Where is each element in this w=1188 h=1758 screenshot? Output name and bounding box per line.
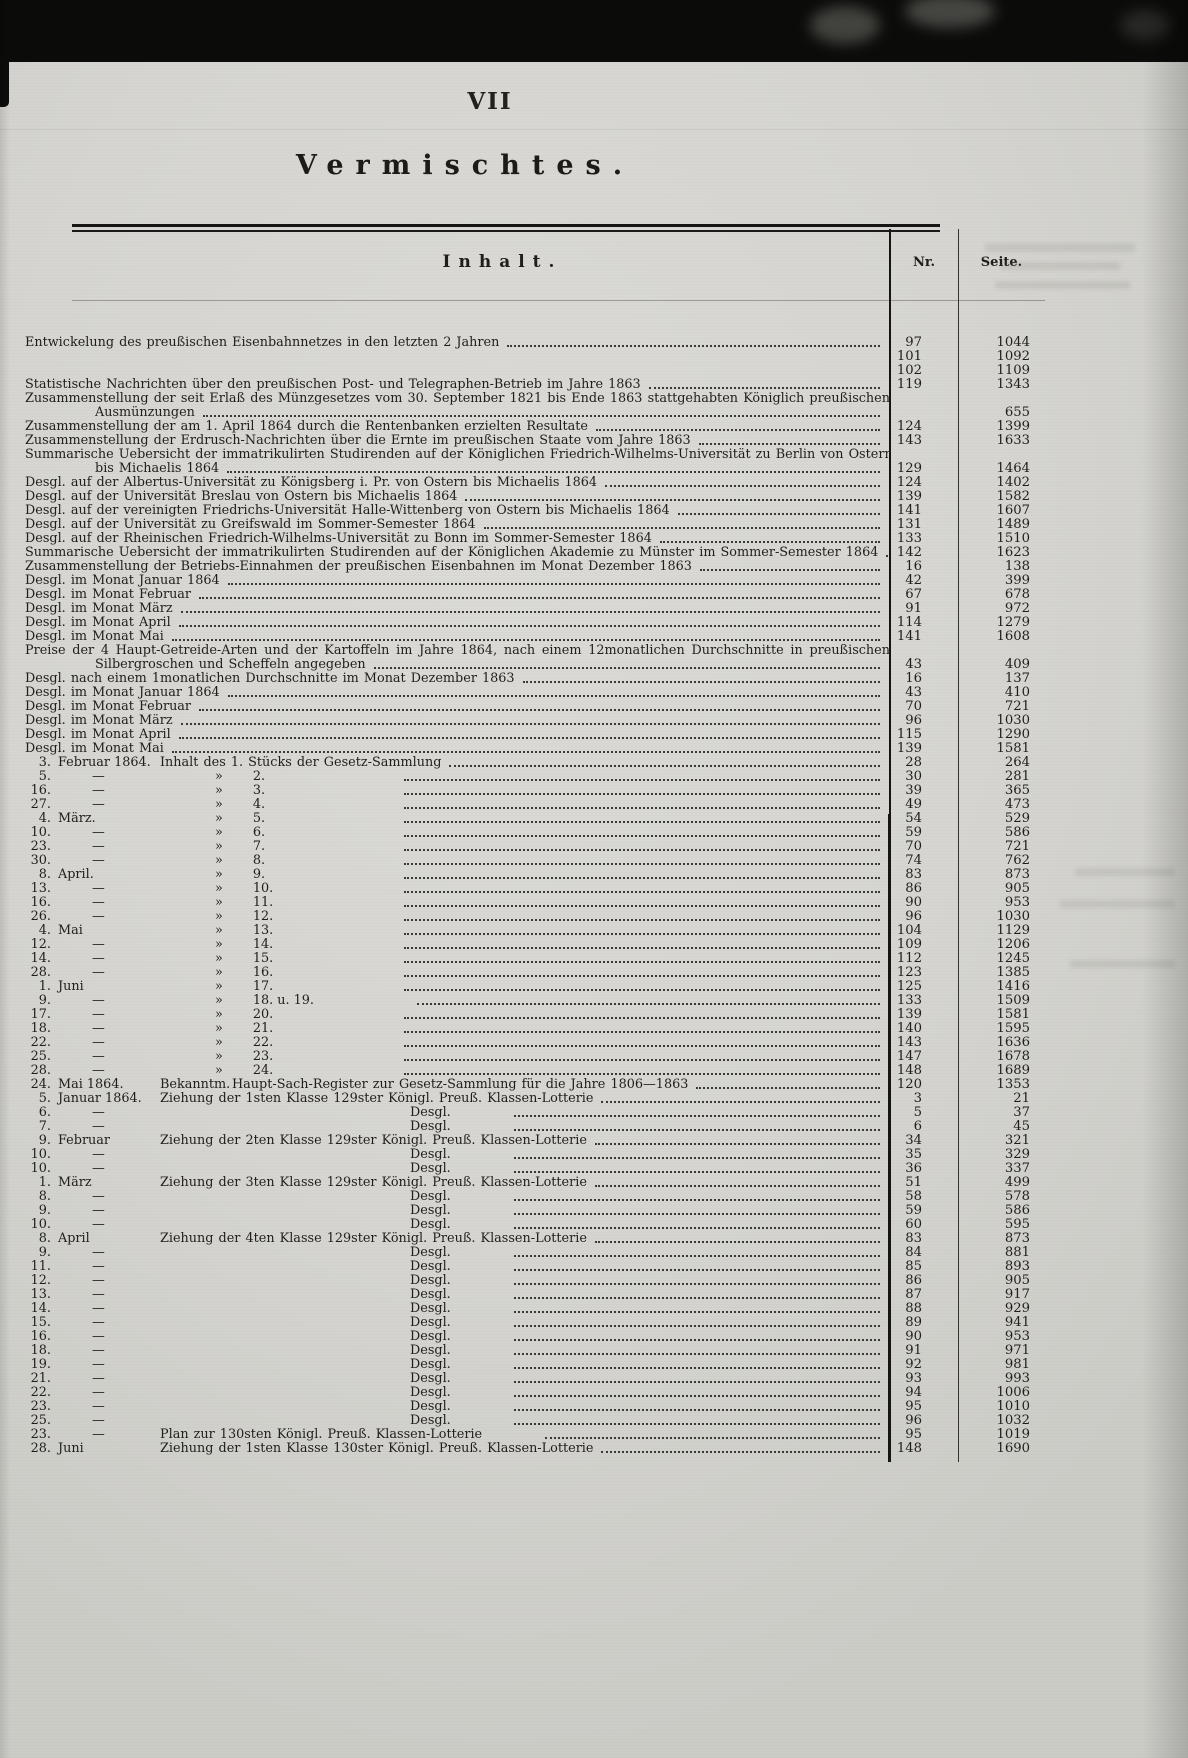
entry-seite: 137 [958, 672, 1045, 686]
dot-leader [179, 625, 880, 627]
table-row: 9.FebruarZiehung der 2ten Klasse 129ster… [0, 1134, 1188, 1148]
entry-nr: 139 [890, 1008, 958, 1022]
entry-seite: 1690 [958, 1442, 1045, 1456]
ditto-dash: — [51, 1274, 160, 1288]
entry-title: Plan zur 130sten Königl. Preuß. Klassen-… [160, 1428, 482, 1442]
page-number: VII [0, 88, 980, 115]
entry-body: Desgl. auf der Albertus-Universität zu K… [25, 476, 890, 490]
dot-leader [228, 583, 880, 585]
entry-body: Zusammenstellung der Erdrusch-Nachrichte… [25, 434, 890, 448]
dot-leader [404, 793, 880, 795]
entry-seite: 1582 [958, 490, 1045, 504]
entry-body: Desgl. [160, 1400, 890, 1414]
entry-date-day: 10. [25, 1148, 51, 1162]
entry-title: Desgl. [410, 1218, 451, 1232]
entry-title: Ziehung der 3ten Klasse 129ster Königl. … [160, 1176, 587, 1190]
entry-date-month: Februar 1864. [51, 756, 160, 770]
entry-title: Summarische Uebersicht der immatrikulirt… [25, 546, 878, 560]
entry-nr: 85 [890, 1260, 958, 1274]
entry-nr: 140 [890, 1022, 958, 1036]
entry-body: Ziehung der 1sten Klasse 129ster Königl.… [160, 1092, 890, 1106]
entry-date: 13.— [25, 1288, 160, 1302]
entry-seite: 873 [958, 1232, 1045, 1246]
entry-date-day: 6. [25, 1106, 51, 1120]
ditto-mark: » [215, 980, 223, 994]
ditto-dash: — [51, 1260, 160, 1274]
entry-nr: 86 [890, 882, 958, 896]
table-row: 7.—Desgl.645 [0, 1120, 1188, 1134]
entry-seite: 1399 [958, 420, 1045, 434]
entry-nr: 114 [890, 616, 958, 630]
entry-nr: 83 [890, 868, 958, 882]
entry-date: 25.— [25, 1050, 160, 1064]
entry-seite: 138 [958, 560, 1045, 574]
column-header-seite: Seite. [958, 255, 1045, 270]
ditto-dash: — [51, 1316, 160, 1330]
entry-body: »16. [160, 966, 890, 980]
table-row: 1011092 [0, 350, 1188, 364]
entry-body: Zusammenstellung der am 1. April 1864 du… [25, 420, 890, 434]
stueck-number: 20. [253, 1008, 301, 1022]
entry-body: »6. [160, 826, 890, 840]
entry-nr: 139 [890, 742, 958, 756]
ditto-dash: — [51, 952, 160, 966]
entry-nr: 74 [890, 854, 958, 868]
entry-title: Desgl. [410, 1246, 451, 1260]
entry-title: Desgl. im Monat April [25, 616, 171, 630]
entry-seite: 1689 [958, 1064, 1045, 1078]
entry-body: Ziehung der 2ten Klasse 129ster Königl. … [160, 1134, 890, 1148]
entry-date-day: 18. [25, 1344, 51, 1358]
ditto-dash: — [51, 896, 160, 910]
table-row: 13.—Desgl.87917 [0, 1288, 1188, 1302]
entry-body: Zusammenstellung der seit Erlaß des Münz… [25, 392, 890, 406]
entry-body: bis Michaelis 1864 [25, 462, 890, 476]
entry-nr: 125 [890, 980, 958, 994]
table-row: Desgl. auf der Universität zu Greifswald… [0, 518, 1188, 532]
entry-nr: 84 [890, 1246, 958, 1260]
entry-date-month: Juni [51, 1442, 160, 1456]
entry-date-day: 5. [25, 1092, 51, 1106]
entry-nr: 94 [890, 1386, 958, 1400]
dot-leader [404, 1059, 880, 1061]
dot-leader [484, 527, 880, 529]
entry-seite: 1206 [958, 938, 1045, 952]
entry-nr: 51 [890, 1176, 958, 1190]
table-header: Inhalt. Nr. Seite. [0, 224, 1188, 300]
entry-seite: 329 [958, 1148, 1045, 1162]
entry-seite: 1464 [958, 462, 1045, 476]
entry-title: Desgl. im Monat Mai [25, 742, 164, 756]
table-row: 28.—»16.1231385 [0, 966, 1188, 980]
entry-nr: 36 [890, 1162, 958, 1176]
entry-nr: 3 [890, 1092, 958, 1106]
entry-body: Desgl. nach einem 1monatlichen Durchschn… [25, 672, 890, 686]
entry-seite: 1489 [958, 518, 1045, 532]
ditto-dash: — [51, 1288, 160, 1302]
entry-body: Desgl. auf der Universität zu Greifswald… [25, 518, 890, 532]
entry-nr: 70 [890, 840, 958, 854]
entry-seite: 473 [958, 798, 1045, 812]
entry-title: Zusammenstellung der seit Erlaß des Münz… [25, 392, 890, 406]
entry-date: 25.— [25, 1414, 160, 1428]
ditto-dash: — [51, 1148, 160, 1162]
entry-body: Desgl. im Monat März [25, 714, 890, 728]
entry-body: »8. [160, 854, 890, 868]
entry-date-day: 21. [25, 1372, 51, 1386]
entry-title: Haupt-Sach-Register zur Gesetz-Sammlung … [232, 1078, 688, 1092]
entry-seite: 1595 [958, 1022, 1045, 1036]
entry-date: 9.— [25, 1204, 160, 1218]
dot-leader [696, 1087, 880, 1089]
table-row: 30.—»8.74762 [0, 854, 1188, 868]
entry-seite: 1353 [958, 1078, 1045, 1092]
table-row: 1.MärzZiehung der 3ten Klasse 129ster Kö… [0, 1176, 1188, 1190]
table-row: Statistische Nachrichten über den preußi… [0, 378, 1188, 392]
entry-date-month: Januar 1864. [51, 1092, 160, 1106]
table-row: Summarische Uebersicht der immatrikulirt… [0, 546, 1188, 560]
table-row: 11.—Desgl.85893 [0, 1260, 1188, 1274]
dot-leader [404, 905, 880, 907]
stueck-number: 9. [253, 868, 301, 882]
dot-leader [514, 1381, 880, 1383]
dot-leader [700, 569, 880, 571]
dot-leader [404, 779, 880, 781]
entry-title: Inhalt des 1. Stücks der Gesetz-Sammlung [160, 756, 441, 770]
entry-seite: 399 [958, 574, 1045, 588]
dot-leader [179, 737, 880, 739]
table-row: Ausmünzungen655 [0, 406, 1188, 420]
ditto-dash: — [51, 1344, 160, 1358]
entry-nr: 39 [890, 784, 958, 798]
entry-seite: 1129 [958, 924, 1045, 938]
entry-seite: 981 [958, 1358, 1045, 1372]
entry-nr: 70 [890, 700, 958, 714]
entry-date: 16.— [25, 1330, 160, 1344]
entry-nr: 109 [890, 938, 958, 952]
dot-leader [514, 1255, 880, 1257]
entry-body: »23. [160, 1050, 890, 1064]
dot-leader [545, 1437, 880, 1439]
entry-body: Desgl. [160, 1204, 890, 1218]
dot-leader [595, 1143, 880, 1145]
entry-date: 27.— [25, 798, 160, 812]
dot-leader [465, 499, 880, 501]
entry-body: Desgl. auf der Universität Breslau von O… [25, 490, 890, 504]
entry-seite: 721 [958, 840, 1045, 854]
entry-body: Zusammenstellung der Betriebs-Einnahmen … [25, 560, 890, 574]
entry-date-day: 19. [25, 1358, 51, 1372]
table-rows: Entwickelung des preußischen Eisenbahnne… [0, 336, 1188, 1456]
table-row: 9.—Desgl.59586 [0, 1204, 1188, 1218]
entry-date: 19.— [25, 1358, 160, 1372]
entry-date-day: 7. [25, 1120, 51, 1134]
entry-date-month: März [51, 1176, 160, 1190]
table-row: Desgl. auf der Albertus-Universität zu K… [0, 476, 1188, 490]
ditto-dash: — [51, 1218, 160, 1232]
table-row: Zusammenstellung der am 1. April 1864 du… [0, 420, 1188, 434]
entry-body: Desgl. [160, 1372, 890, 1386]
dot-leader [404, 933, 880, 935]
entry-seite: 941 [958, 1316, 1045, 1330]
dot-leader [514, 1367, 880, 1369]
dot-leader [514, 1297, 880, 1299]
entry-body: Desgl. im Monat Januar 1864 [25, 686, 890, 700]
table-row: 22.—»22.1431636 [0, 1036, 1188, 1050]
dot-leader [514, 1353, 880, 1355]
table-row: Desgl. im Monat März91972 [0, 602, 1188, 616]
entry-date-day: 28. [25, 966, 51, 980]
entry-title: Summarische Uebersicht der immatrikulirt… [25, 448, 890, 462]
entry-date-day: 27. [25, 798, 51, 812]
entry-date: 21.— [25, 1372, 160, 1386]
entry-nr: 96 [890, 910, 958, 924]
table-row: 16.—»3.39365 [0, 784, 1188, 798]
entry-title: Zusammenstellung der Erdrusch-Nachrichte… [25, 434, 691, 448]
table-row: 5.—»2.30281 [0, 770, 1188, 784]
entry-date-day: 9. [25, 1246, 51, 1260]
entry-seite: 1623 [958, 546, 1045, 560]
dot-leader [404, 989, 880, 991]
entry-nr: 119 [890, 378, 958, 392]
ditto-dash: — [51, 1120, 160, 1134]
entry-seite: 881 [958, 1246, 1045, 1260]
ditto-mark: » [215, 770, 223, 784]
ditto-mark: » [215, 924, 223, 938]
entry-body: »10. [160, 882, 890, 896]
dot-leader [514, 1171, 880, 1173]
entry-seite: 721 [958, 700, 1045, 714]
entry-seite: 953 [958, 896, 1045, 910]
entry-title: Desgl. auf der Rheinischen Friedrich-Wil… [25, 532, 652, 546]
entry-date-day: 18. [25, 1022, 51, 1036]
entry-seite: 1636 [958, 1036, 1045, 1050]
table-row: 24.Mai 1864.Bekanntm.Haupt-Sach-Register… [0, 1078, 1188, 1092]
entry-date: 18.— [25, 1022, 160, 1036]
table-row: Desgl. im Monat April1141279 [0, 616, 1188, 630]
entry-title: Zusammenstellung der am 1. April 1864 du… [25, 420, 588, 434]
entry-nr: 16 [890, 560, 958, 574]
ditto-mark: » [215, 994, 223, 1008]
entry-title: Desgl. im Monat März [25, 602, 173, 616]
table-row: 8.April.»9.83873 [0, 868, 1188, 882]
entry-seite: 586 [958, 1204, 1045, 1218]
scan-black-bar [0, 0, 1188, 62]
table-row: Desgl. im Monat Januar 186443410 [0, 686, 1188, 700]
entry-date-day: 25. [25, 1414, 51, 1428]
table-row: 23.—Plan zur 130sten Königl. Preuß. Klas… [0, 1428, 1188, 1442]
entry-title: Desgl. [410, 1302, 451, 1316]
entry-title: Desgl. [410, 1316, 451, 1330]
ditto-mark: » [215, 868, 223, 882]
entry-nr: 90 [890, 896, 958, 910]
table-row: 12.—»14.1091206 [0, 938, 1188, 952]
entry-seite: 655 [958, 406, 1045, 420]
entry-body: Desgl. im Monat Januar 1864 [25, 574, 890, 588]
ditto-dash: — [51, 1246, 160, 1260]
entry-date-day: 14. [25, 1302, 51, 1316]
entry-body: Statistische Nachrichten über den preußi… [25, 378, 890, 392]
entry-body: Desgl. [160, 1260, 890, 1274]
entry-date: 11.— [25, 1260, 160, 1274]
entry-body: »21. [160, 1022, 890, 1036]
entry-nr: 112 [890, 952, 958, 966]
entry-date-day: 23. [25, 1428, 51, 1442]
table-row: 15.—Desgl.89941 [0, 1316, 1188, 1330]
dot-leader [227, 471, 880, 473]
entry-title: Desgl. auf der vereinigten Friedrichs-Un… [25, 504, 670, 518]
entry-nr: 60 [890, 1218, 958, 1232]
dot-leader [404, 1017, 880, 1019]
table-row: 18.—Desgl.91971 [0, 1344, 1188, 1358]
entry-seite: 409 [958, 658, 1045, 672]
entry-body: Inhalt des 1. Stücks der Gesetz-Sammlung [160, 756, 890, 770]
dot-leader [449, 765, 880, 767]
entry-date-day: 22. [25, 1386, 51, 1400]
entry-body: Desgl. [160, 1330, 890, 1344]
entry-seite: 1109 [958, 364, 1045, 378]
table-row: 14.—»15.1121245 [0, 952, 1188, 966]
dot-leader [404, 1031, 880, 1033]
ditto-dash: — [51, 1372, 160, 1386]
table-row: Desgl. auf der vereinigten Friedrichs-Un… [0, 504, 1188, 518]
ditto-dash: — [51, 770, 160, 784]
entry-nr: 143 [890, 434, 958, 448]
stueck-number: 14. [253, 938, 301, 952]
entry-date-day: 12. [25, 938, 51, 952]
ditto-mark: » [215, 1050, 223, 1064]
entry-seite: 993 [958, 1372, 1045, 1386]
table-row: Zusammenstellung der seit Erlaß des Münz… [0, 392, 1188, 406]
entry-body: »5. [160, 812, 890, 826]
entry-nr: 54 [890, 812, 958, 826]
entry-title: Ziehung der 1sten Klasse 129ster Königl.… [160, 1092, 593, 1106]
entry-seite: 1245 [958, 952, 1045, 966]
entry-nr: 95 [890, 1400, 958, 1414]
entry-title: Ziehung der 4ten Klasse 129ster Königl. … [160, 1232, 587, 1246]
scan-artifact [0, 129, 1188, 130]
entry-body: Desgl. im Monat April [25, 728, 890, 742]
entry-nr: 93 [890, 1372, 958, 1386]
entry-title: Desgl. im Monat April [25, 728, 171, 742]
entry-seite: 365 [958, 784, 1045, 798]
entry-date-day: 28. [25, 1442, 51, 1456]
table-row: 5.Januar 1864.Ziehung der 1sten Klasse 1… [0, 1092, 1188, 1106]
entry-label: Bekanntm. [160, 1078, 232, 1092]
entry-body: Desgl. auf der Rheinischen Friedrich-Wil… [25, 532, 890, 546]
entry-seite: 45 [958, 1120, 1045, 1134]
ditto-dash: — [51, 966, 160, 980]
entry-date-day: 14. [25, 952, 51, 966]
ditto-dash: — [51, 854, 160, 868]
entry-title: Desgl. [410, 1330, 451, 1344]
dot-leader [404, 947, 880, 949]
header-rule [72, 300, 1045, 301]
entry-nr: 115 [890, 728, 958, 742]
ditto-dash: — [51, 1162, 160, 1176]
dot-leader [660, 541, 880, 543]
entry-nr: 95 [890, 1428, 958, 1442]
entry-date-day: 10. [25, 1162, 51, 1176]
table-row: 21.—Desgl.93993 [0, 1372, 1188, 1386]
entry-nr: 96 [890, 714, 958, 728]
ditto-mark: » [215, 952, 223, 966]
stueck-number: 6. [253, 826, 301, 840]
entry-nr: 6 [890, 1120, 958, 1134]
entry-date: 1.Juni [25, 980, 160, 994]
entry-body: Ziehung der 3ten Klasse 129ster Königl. … [160, 1176, 890, 1190]
entry-date-day: 10. [25, 826, 51, 840]
dot-leader [678, 513, 880, 515]
entry-date: 13.— [25, 882, 160, 896]
entry-body: »11. [160, 896, 890, 910]
entry-date-day: 16. [25, 896, 51, 910]
column-divider-nr [889, 229, 891, 814]
dot-leader [417, 1003, 880, 1005]
entry-title: Desgl. im Monat Mai [25, 630, 164, 644]
entry-nr: 67 [890, 588, 958, 602]
entry-date-day: 9. [25, 1134, 51, 1148]
entry-seite: 1092 [958, 350, 1045, 364]
entry-date-day: 15. [25, 1316, 51, 1330]
entry-nr: 28 [890, 756, 958, 770]
entry-date-day: 1. [25, 980, 51, 994]
entry-seite: 762 [958, 854, 1045, 868]
stueck-number: 15. [253, 952, 301, 966]
entry-seite: 1607 [958, 504, 1045, 518]
entry-title: Desgl. im Monat März [25, 714, 173, 728]
entry-date: 28.— [25, 966, 160, 980]
ditto-dash: — [51, 1190, 160, 1204]
entry-nr: 83 [890, 1232, 958, 1246]
entry-title: Desgl. im Monat Januar 1864 [25, 686, 220, 700]
dot-leader [514, 1423, 880, 1425]
table-row: 25.—»23.1471678 [0, 1050, 1188, 1064]
dot-leader [514, 1269, 880, 1271]
table-row: 8.—Desgl.58578 [0, 1190, 1188, 1204]
stueck-number: 5. [253, 812, 301, 826]
entry-title: Desgl. auf der Universität Breslau von O… [25, 490, 457, 504]
entry-seite: 1030 [958, 910, 1045, 924]
entry-nr: 16 [890, 672, 958, 686]
dot-leader [404, 807, 880, 809]
dot-leader [228, 695, 880, 697]
entry-seite: 971 [958, 1344, 1045, 1358]
table-row: 23.—Desgl.951010 [0, 1400, 1188, 1414]
ditto-dash: — [51, 938, 160, 952]
entry-date: 23.— [25, 840, 160, 854]
ditto-dash: — [51, 840, 160, 854]
table-row: Desgl. auf der Universität Breslau von O… [0, 490, 1188, 504]
entry-nr: 148 [890, 1442, 958, 1456]
entry-date: 3.Februar 1864. [25, 756, 160, 770]
scan-artifact [810, 6, 880, 44]
entry-body: Desgl. [160, 1358, 890, 1372]
stueck-number: 8. [253, 854, 301, 868]
dot-leader [404, 821, 880, 823]
entry-date: 8.— [25, 1190, 160, 1204]
entry-nr: 142 [890, 546, 958, 560]
entry-body: Desgl. [160, 1344, 890, 1358]
entry-title: Desgl. [410, 1120, 451, 1134]
table-row: 14.—Desgl.88929 [0, 1302, 1188, 1316]
entry-date: 1.März [25, 1176, 160, 1190]
entry-seite: 529 [958, 812, 1045, 826]
entry-nr: 59 [890, 826, 958, 840]
ditto-dash: — [51, 1106, 160, 1120]
entry-date: 5.Januar 1864. [25, 1092, 160, 1106]
entry-date-month: Mai [51, 924, 160, 938]
